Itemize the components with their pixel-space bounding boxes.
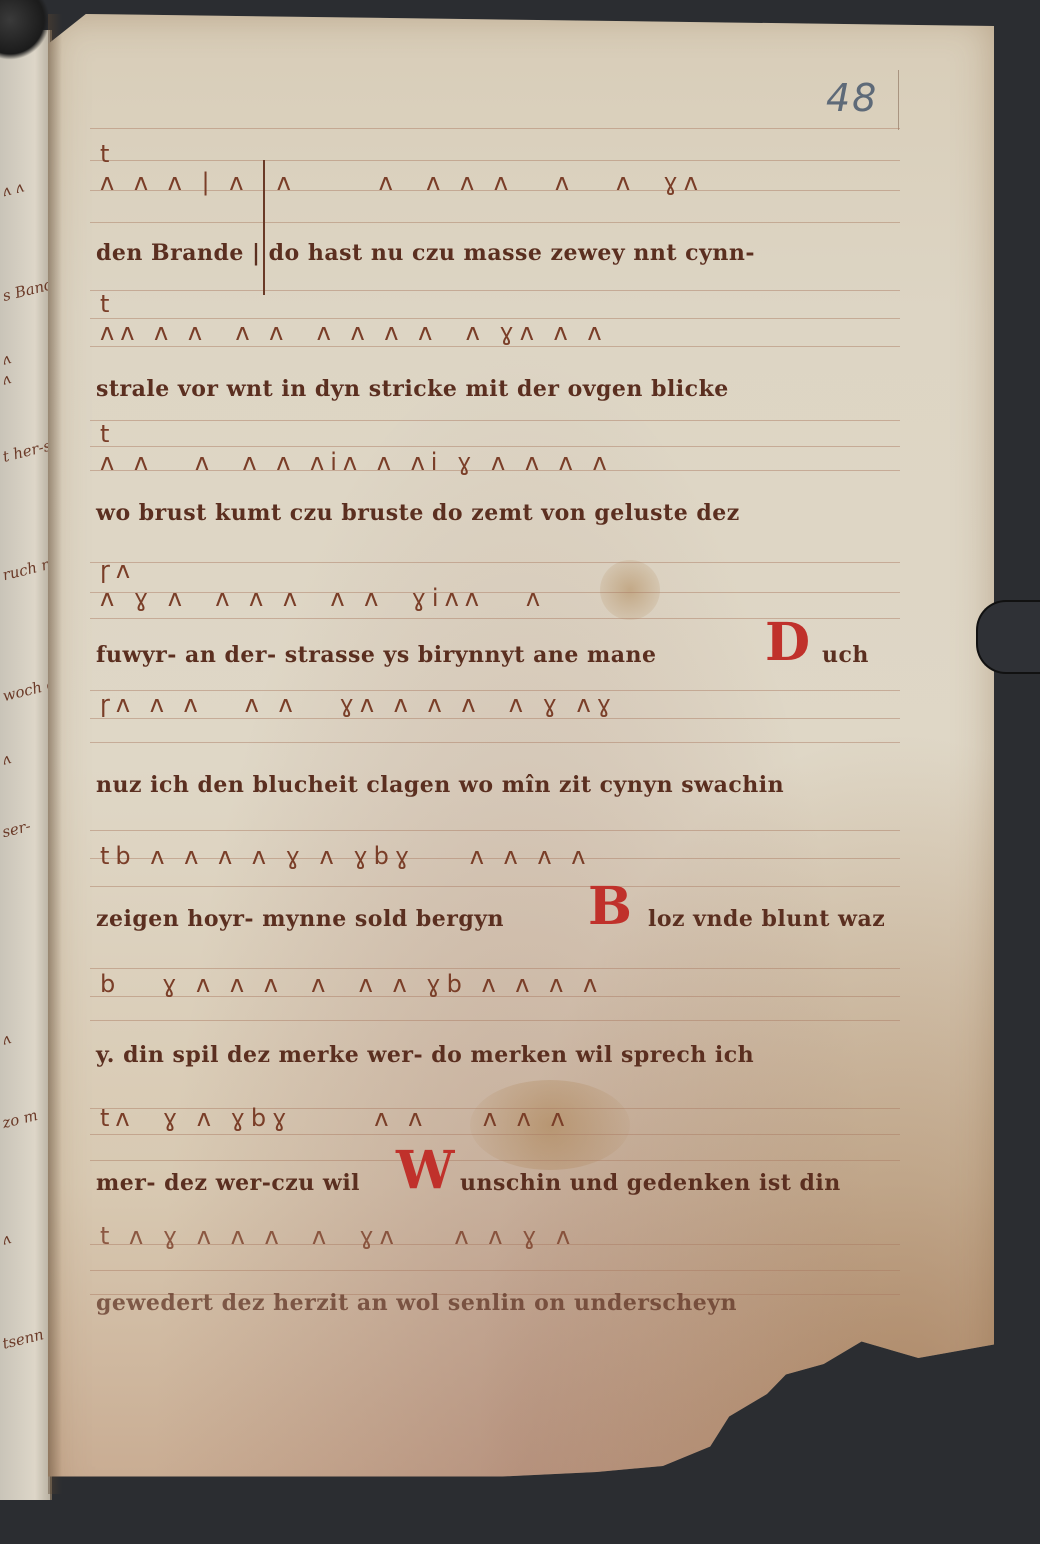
text-line: nuz ich den blucheit clagen wo mîn zit c… (96, 772, 784, 798)
text-continuation: loz vnde blunt waz (648, 906, 885, 932)
left-fragment: ʌ (0, 1229, 13, 1249)
text-line: mer- dez wer-czu wil (96, 1170, 360, 1196)
text-continuation: uch (822, 642, 869, 668)
text-line: zeigen hoyr- mynne sold bergyn (96, 906, 504, 932)
left-fragment: tsenn (0, 1325, 45, 1353)
neume-row: ɼʌ ʌ ʌ ʌ ʌ ɣʌ ʌ ʌ ʌ ʌ ɣ ʌɣ (100, 690, 617, 718)
left-fragment: ʌ ʌ (0, 178, 25, 201)
text-line: gewedert dez herzit an wol senlin on und… (96, 1290, 737, 1316)
text-line: wo brust kumt czu bruste do zemt von gel… (96, 500, 740, 526)
text-continuation: unschin und gedenken ist din (460, 1170, 841, 1196)
text-line: y. din spil dez merke wer- do merken wil… (96, 1042, 754, 1068)
left-fragment: ser- (0, 817, 32, 841)
rubric-initial: D (765, 612, 810, 673)
neume-row: tb ʌ ʌ ʌ ʌ ɣ ʌ ɣbɣ ʌ ʌ ʌ ʌ (100, 842, 591, 870)
text-line: fuwyr- an der- strasse ys birynnyt ane m… (96, 642, 657, 668)
text-line: den Brande | do hast nu czu masse zewey … (96, 240, 755, 266)
neume-row: t ʌ ʌ ʌ | ʌ ʌ ʌ ʌ ʌ ʌ ʌ ʌ ɣʌ (100, 140, 704, 196)
page-curl (0, 0, 50, 60)
stain (600, 560, 660, 620)
left-fragment: ʌ (0, 369, 13, 389)
rubric-initial: W (396, 1140, 454, 1201)
left-fragment: ʌ (0, 749, 13, 769)
folio-number: 48 (826, 76, 878, 120)
left-page: ʌ ʌ s Bande ʌ ʌ t her-sch ruch ni woch e… (0, 30, 52, 1500)
neume-row: ɼʌ ʌ ɣ ʌ ʌ ʌ ʌ ʌ ʌ ɣiʌʌ ʌ (100, 556, 546, 612)
text-line: strale vor wnt in dyn stricke mit der ov… (96, 376, 729, 402)
left-fragment: ʌ (0, 349, 13, 369)
left-fragment: ʌ (0, 1029, 13, 1049)
margin-rule (898, 70, 899, 130)
gutter-shadow (48, 14, 62, 1494)
neume-row: t ʌ ʌ ʌ ʌ ʌ ʌiʌ ʌ ʌi ɣ ʌ ʌ ʌ ʌ (100, 420, 613, 476)
neume-row: t ʌʌ ʌ ʌ ʌ ʌ ʌ ʌ ʌ ʌ ʌ ɣʌ ʌ ʌ (100, 290, 608, 346)
page-clip (976, 600, 1040, 674)
text: fuwyr- an der- strasse ys birynnyt ane m… (96, 642, 657, 668)
manuscript-folio (48, 14, 994, 1514)
rubric-initial: B (588, 876, 632, 937)
neume-row: t ʌ ɣ ʌ ʌ ʌ ʌ ɣʌ ʌ ʌ ɣ ʌ (100, 1222, 576, 1250)
left-fragment: zo m (0, 1106, 39, 1132)
neume-row: b ɣ ʌ ʌ ʌ ʌ ʌ ʌ ɣb ʌ ʌ ʌ ʌ (100, 970, 603, 998)
neume-row: tʌ ɣ ʌ ɣbɣ ʌ ʌ ʌ ʌ ʌ (100, 1104, 571, 1132)
